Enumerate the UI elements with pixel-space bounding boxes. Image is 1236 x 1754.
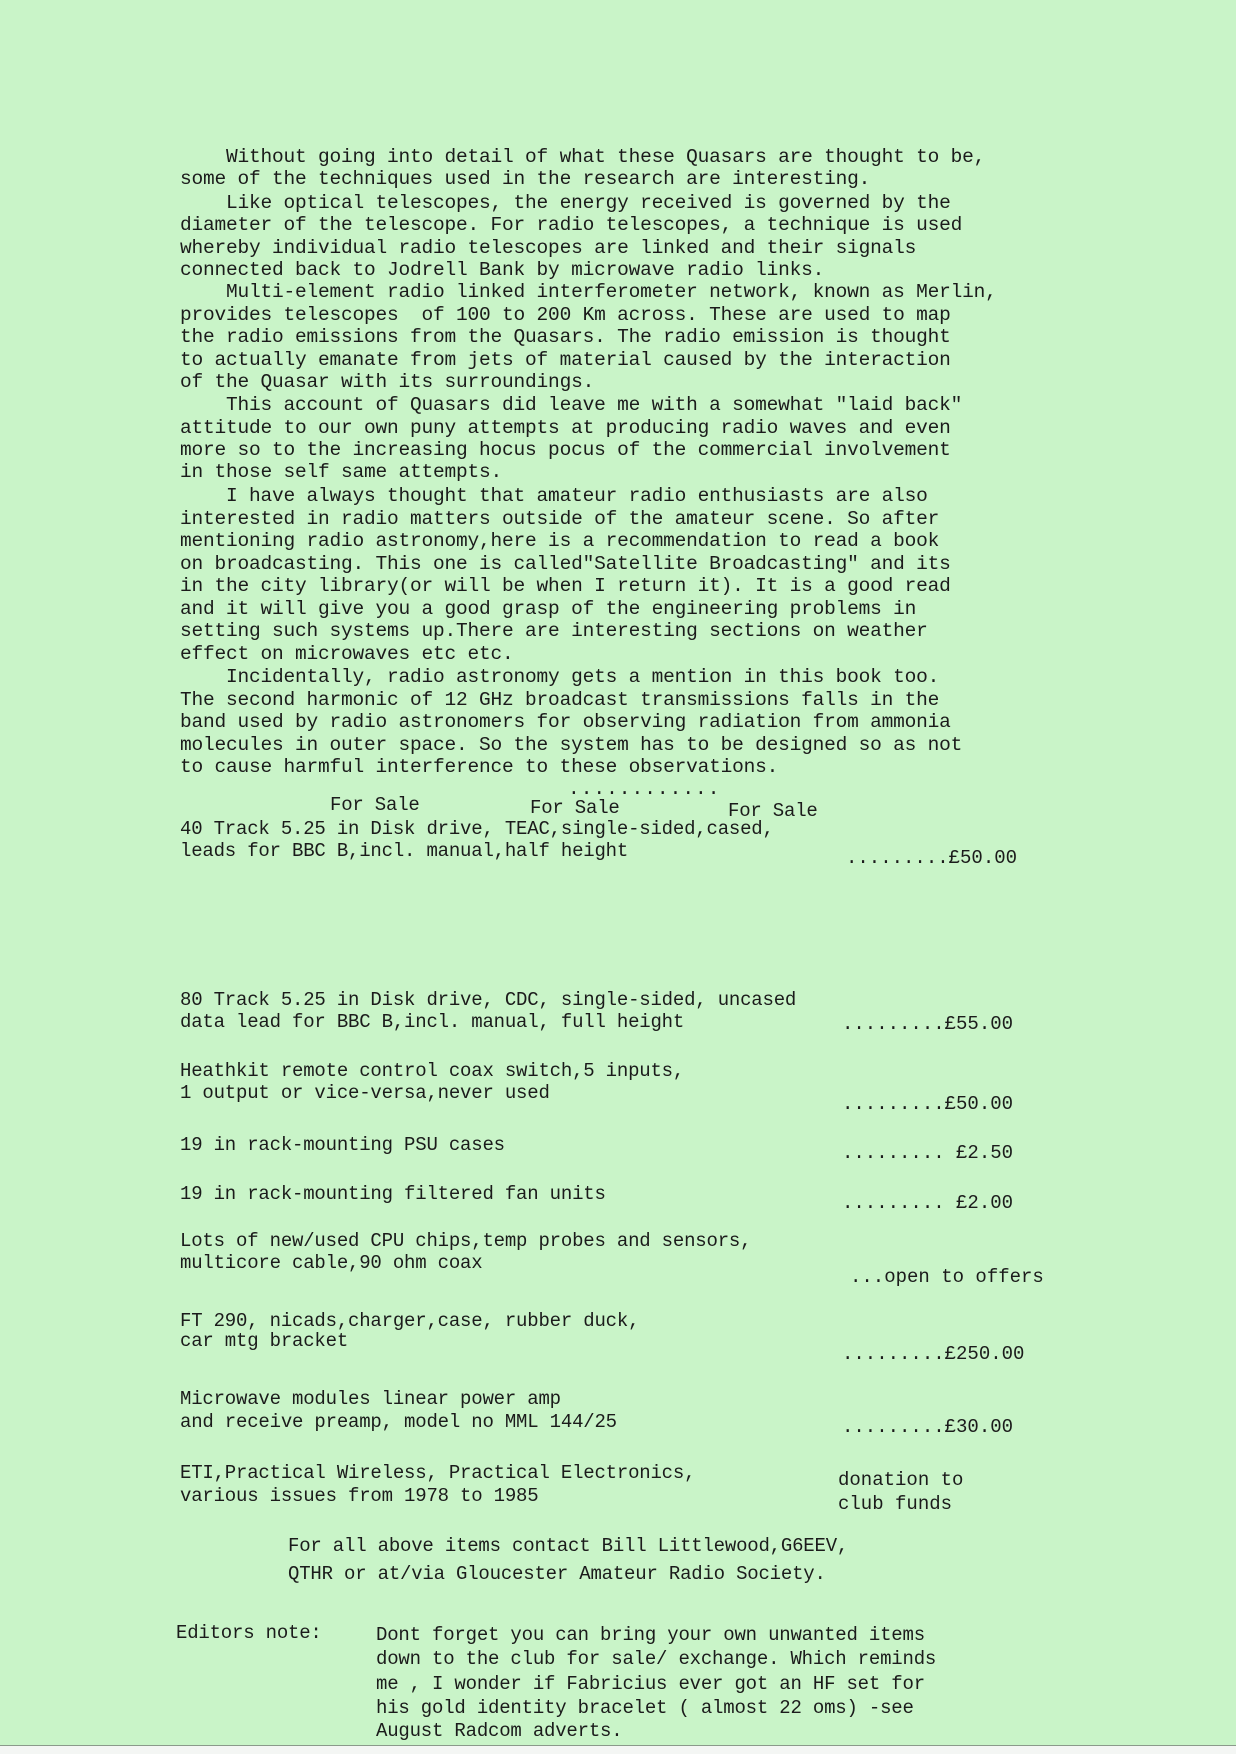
article-line: Without going into detail of what these … <box>180 146 985 168</box>
editors-note-line: down to the club for sale/ exchange. Whi… <box>376 1648 936 1670</box>
article-line: effect on microwaves etc etc. <box>180 643 514 665</box>
item-price: .........£250.00 <box>842 1343 1024 1365</box>
article-line: interested in radio matters outside of t… <box>180 508 939 530</box>
item-description: leads for BBC B,incl. manual,half height <box>180 840 628 862</box>
article-line: to cause harmful interference to these o… <box>180 756 778 778</box>
article-line: on broadcasting. This one is called"Sate… <box>180 553 951 575</box>
editors-note-line: me , I wonder if Fabricius ever got an H… <box>376 1673 925 1695</box>
for-sale-heading: For Sale <box>530 797 620 819</box>
article-line: connected back to Jodrell Bank by microw… <box>180 259 824 281</box>
article-line: to actually emanate from jets of materia… <box>180 349 951 371</box>
article-line: setting such systems up.There are intere… <box>180 620 928 642</box>
article-line: of the Quasar with its surroundings. <box>180 371 594 393</box>
article-line: diameter of the telescope. For radio tel… <box>180 214 962 236</box>
editors-note-line: his gold identity bracelet ( almost 22 o… <box>376 1697 914 1719</box>
item-description: ETI,Practical Wireless, Practical Electr… <box>180 1462 695 1484</box>
item-description: 40 Track 5.25 in Disk drive, TEAC,single… <box>180 818 774 840</box>
contact-line: For all above items contact Bill Littlew… <box>288 1535 848 1557</box>
article-line: Like optical telescopes, the energy rece… <box>180 192 951 214</box>
item-description: 1 output or vice-versa,never used <box>180 1082 550 1104</box>
article-line: and it will give you a good grasp of the… <box>180 598 916 620</box>
item-description: various issues from 1978 to 1985 <box>180 1485 538 1507</box>
editors-note-line: Dont forget you can bring your own unwan… <box>376 1624 925 1646</box>
article-line: I have always thought that amateur radio… <box>180 485 928 507</box>
item-price: .........£50.00 <box>842 1093 1013 1115</box>
article-line: provides telescopes of 100 to 200 Km acr… <box>180 304 951 326</box>
article-line: Incidentally, radio astronomy gets a men… <box>180 666 939 688</box>
item-description: 19 in rack-mounting filtered fan units <box>180 1183 606 1205</box>
item-description: Microwave modules linear power amp <box>180 1388 561 1410</box>
item-price: club funds <box>838 1493 952 1515</box>
item-description: Lots of new/used CPU chips,temp probes a… <box>180 1230 751 1252</box>
item-price: ......... £2.50 <box>842 1142 1013 1164</box>
item-price: .........£55.00 <box>842 1013 1013 1035</box>
article-line: The second harmonic of 12 GHz broadcast … <box>180 689 939 711</box>
article-line: the radio emissions from the Quasars. Th… <box>180 326 951 348</box>
contact-line: QTHR or at/via Gloucester Amateur Radio … <box>288 1563 826 1585</box>
editors-note-line: August Radcom adverts. <box>376 1720 622 1742</box>
article-line: in the city library(or will be when I re… <box>180 575 951 597</box>
article-line: in those self same attempts. <box>180 461 502 483</box>
page-edge <box>0 1745 1236 1754</box>
article-line: some of the techniques used in the resea… <box>180 168 870 190</box>
item-price: donation to <box>838 1469 963 1491</box>
article-line: whereby individual radio telescopes are … <box>180 237 916 259</box>
item-description: and receive preamp, model no MML 144/25 <box>180 1411 617 1433</box>
item-description: car mtg bracket <box>180 1330 348 1352</box>
article-line: molecules in outer space. So the system … <box>180 734 962 756</box>
item-description: FT 290, nicads,charger,case, rubber duck… <box>180 1310 639 1332</box>
for-sale-heading: For Sale <box>330 794 420 816</box>
article-line: mentioning radio astronomy,here is a rec… <box>180 530 939 552</box>
item-price: ......... £2.00 <box>842 1192 1013 1214</box>
item-price: .........£50.00 <box>846 847 1017 869</box>
article-line: more so to the increasing hocus pocus of… <box>180 439 951 461</box>
item-price: .........£30.00 <box>842 1416 1013 1438</box>
item-description: 80 Track 5.25 in Disk drive, CDC, single… <box>180 989 796 1011</box>
editors-note-label: Editors note: <box>176 1622 322 1644</box>
item-description: Heathkit remote control coax switch,5 in… <box>180 1060 684 1082</box>
item-price: ...open to offers <box>850 1266 1044 1288</box>
article-line: This account of Quasars did leave me wit… <box>180 394 962 416</box>
article-line: band used by radio astronomers for obser… <box>180 711 951 733</box>
article-line: attitude to our own puny attempts at pro… <box>180 417 951 439</box>
item-description: 19 in rack-mounting PSU cases <box>180 1134 505 1156</box>
article-line: Multi-element radio linked interferomete… <box>180 281 997 303</box>
item-description: multicore cable,90 ohm coax <box>180 1252 482 1274</box>
item-description: data lead for BBC B,incl. manual, full h… <box>180 1011 684 1033</box>
